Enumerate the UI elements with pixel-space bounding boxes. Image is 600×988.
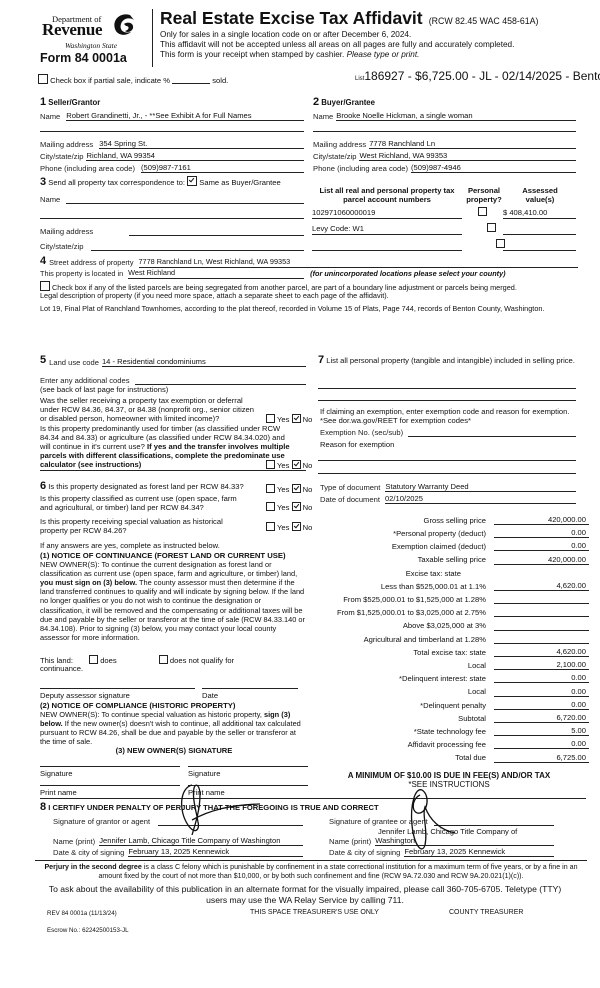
tax-row-label: Local xyxy=(316,661,494,670)
exemption-note: If claiming an exemption, enter exemptio… xyxy=(320,407,570,425)
timber-question-answer: Yes No xyxy=(266,460,312,470)
grantor-date-field[interactable]: February 13, 2025 Kennewick xyxy=(128,847,303,857)
buyer-mailing-row: Mailing address 7778 Ranchland Ln xyxy=(313,138,576,149)
timber-question: Is this property predominantly used for … xyxy=(40,424,290,469)
unincorporated-note: (for unincorporated locations please sel… xyxy=(310,270,505,279)
new-owner-signature-heading: (3) NEW OWNER(S) SIGNATURE xyxy=(40,746,308,755)
tax-row: Exemption claimed (deduct)0.00 xyxy=(316,540,594,551)
legal-description-label: Legal description of property (if you ne… xyxy=(40,292,585,301)
tax-row-label: *Personal property (deduct) xyxy=(316,529,494,538)
tax-row: From $525,000.01 to $1,525,000 at 1.28% xyxy=(316,593,594,604)
seller-phone-field[interactable]: (509)987-7161 xyxy=(141,163,304,173)
notice-of-compliance: (2) NOTICE OF COMPLIANCE (HISTORIC PROPE… xyxy=(40,701,308,746)
owner-print-label-1: Print name xyxy=(40,788,77,797)
exemption-no-field[interactable] xyxy=(408,436,576,437)
personal-property-label: 7 List all personal property (tangible a… xyxy=(318,355,580,366)
correspondence-name-line-2[interactable] xyxy=(40,218,304,219)
personal-property-line-1[interactable] xyxy=(318,388,576,389)
tax-row-label: From $1,525,000.01 to $3,025,000 at 2.75… xyxy=(316,608,494,617)
tax-row-label: Affidavit processing fee xyxy=(316,740,494,749)
forest-land-answer: Yes No xyxy=(266,484,312,494)
tax-row-value[interactable]: 4,620.00 xyxy=(494,581,589,591)
parcel-account-field[interactable]: Levy Code: W1 xyxy=(312,224,462,235)
doc-type-field[interactable]: Statutory Warranty Deed xyxy=(385,482,576,492)
tax-row: Local2,100.00 xyxy=(316,659,594,670)
buyer-heading: 2 Buyer/Grantee xyxy=(313,96,375,109)
tax-row-label: *Delinquent interest: state xyxy=(316,674,494,683)
tax-row-value[interactable]: 5.00 xyxy=(494,726,589,736)
additional-codes-row: Enter any additional codes xyxy=(40,376,306,385)
county-treasurer-label: COUNTY TREASURER xyxy=(449,909,523,917)
partial-sale-label: Check box if partial sale, indicate % xyxy=(50,76,170,85)
tax-row-label: *Delinquent penalty xyxy=(316,701,494,710)
exemption-question: Was the seller receiving a property tax … xyxy=(40,396,255,423)
personal-property-checkbox[interactable] xyxy=(487,223,496,232)
tax-row: *Personal property (deduct)0.00 xyxy=(316,527,594,538)
tax-row: Less than $525,000.01 at 1.1%4,620.00 xyxy=(316,580,594,591)
additional-codes-note: (see back of last page for instructions) xyxy=(40,385,168,394)
tax-row-value[interactable]: 4,620.00 xyxy=(494,647,589,657)
historical-no-checkbox[interactable] xyxy=(292,522,301,531)
buyer-phone-field[interactable]: (509)987-4946 xyxy=(411,163,576,173)
header-note-2: This affidavit will not be accepted unle… xyxy=(160,40,514,50)
seller-mailing-field[interactable]: 354 Spring St. xyxy=(99,139,304,149)
grantee-handwritten-signature xyxy=(400,785,470,860)
tax-row-label: Above $3,025,000 at 3% xyxy=(316,621,494,630)
historical-question: Is this property receiving special valua… xyxy=(40,517,240,535)
header-note-3: This form is your receipt when stamped b… xyxy=(160,50,514,60)
exemption-no-row: Exemption No. (sec/sub) xyxy=(320,427,576,437)
seller-heading: 1 Seller/Grantor xyxy=(40,96,100,109)
correspondence-name-row: Name xyxy=(40,193,304,204)
if-yes-note: If any answers are yes, complete as inst… xyxy=(40,541,220,550)
section-7-divider xyxy=(318,473,576,474)
current-use-answer: Yes No xyxy=(266,502,312,512)
grantor-date-row: Date & city of signing February 13, 2025… xyxy=(53,847,303,857)
correspondence-mailing-field[interactable] xyxy=(129,235,304,236)
form-statute: (RCW 82.45 WAC 458-61A) xyxy=(429,16,539,26)
list-stamp: List186927 - $6,725.00 - JL - 02/14/2025… xyxy=(355,69,600,83)
property-located-row: This property is located in West Richlan… xyxy=(40,269,578,279)
tax-row-value[interactable]: 0.00 xyxy=(494,700,589,710)
perjury-notice: Perjury in the second degree is a class … xyxy=(35,863,587,881)
header-notes: Only for sales in a single location code… xyxy=(160,30,514,60)
tax-row-label: Agricultural and timberland at 1.28% xyxy=(316,635,494,644)
owner-signature-label-2: Signature xyxy=(188,769,221,778)
buyer-name-line-2[interactable] xyxy=(313,131,576,132)
forest-yes-checkbox[interactable] xyxy=(266,484,275,493)
correspondence-mailing-row: Mailing address xyxy=(40,225,304,236)
tax-row-label: Subtotal xyxy=(316,714,494,723)
segregated-checkbox[interactable] xyxy=(40,281,50,291)
owner-signature-line-1[interactable] xyxy=(40,766,180,767)
form-number: Form 84 0001a xyxy=(40,51,127,66)
tax-row-value[interactable] xyxy=(494,621,589,631)
notice-of-continuance: (1) NOTICE OF CONTINUANCE (FOREST LAND O… xyxy=(40,551,305,642)
tax-row: Agricultural and timberland at 1.28% xyxy=(316,633,594,644)
assessed-value-field[interactable]: $ 408,410.00 xyxy=(503,208,576,219)
tax-row: Local0.00 xyxy=(316,686,594,697)
current-use-yes-checkbox[interactable] xyxy=(266,502,275,511)
tax-row-value[interactable]: 420,000.00 xyxy=(494,515,589,525)
partial-sale-suffix: sold. xyxy=(212,76,228,85)
tax-row-label: Gross selling price xyxy=(316,516,494,525)
header-note-1: Only for sales in a single location code… xyxy=(160,30,514,40)
section-8-top-divider xyxy=(40,798,586,799)
correspondence-city-field[interactable] xyxy=(91,250,304,251)
tax-row: Affidavit processing fee0.00 xyxy=(316,738,594,749)
correspondence-city-row: City/state/zip xyxy=(40,240,304,251)
partial-sale-row: Check box if partial sale, indicate % so… xyxy=(38,74,228,85)
timber-no-checkbox[interactable] xyxy=(292,460,301,469)
tax-row-value[interactable]: 0.00 xyxy=(494,739,589,749)
buyer-city-field[interactable]: West Richland, WA 99353 xyxy=(359,151,576,161)
tax-row-value[interactable] xyxy=(494,634,589,644)
tax-row: Total due6,725.00 xyxy=(316,752,594,763)
escrow-number: Escrow No.: 62242500153-JL xyxy=(47,927,129,934)
current-use-question: Is this property classified as current u… xyxy=(40,494,240,512)
partial-sale-percent-field[interactable] xyxy=(172,75,210,84)
exemption-question-answer: Yes No xyxy=(266,414,312,424)
list-stamp-text: 186927 - $6,725.00 - JL - 02/14/2025 - B… xyxy=(364,69,600,83)
revision-label: REV 84 0001a (11/13/24) xyxy=(47,910,117,917)
revenue-text: Revenue xyxy=(42,20,102,40)
tax-row-value[interactable] xyxy=(494,607,589,617)
buyer-mailing-field[interactable]: 7778 Ranchland Ln xyxy=(369,139,576,149)
dor-logo: Department of Revenue Washington State xyxy=(20,10,130,52)
land-use-code-field[interactable]: 14 - Residential condominiums xyxy=(102,357,306,367)
continuance-label: continuance. xyxy=(40,664,83,673)
does-qualify-checkbox[interactable] xyxy=(89,655,98,664)
owner-signature-line-2[interactable] xyxy=(188,766,308,767)
seller-city-row: City/state/zip Richland, WA 99354 xyxy=(40,150,304,161)
parcel-account-field[interactable] xyxy=(312,240,462,251)
owner-print-line-1[interactable] xyxy=(40,785,180,786)
correspondence-name-field[interactable] xyxy=(66,202,304,204)
tax-row-value[interactable]: 6,725.00 xyxy=(494,753,589,763)
current-use-no-checkbox[interactable] xyxy=(292,502,301,511)
tax-row: Gross selling price420,000.00 xyxy=(316,514,594,525)
partial-sale-checkbox[interactable] xyxy=(38,74,48,84)
reason-label: Reason for exemption xyxy=(320,440,394,449)
tax-row: *State technology fee5.00 xyxy=(316,725,594,736)
doc-type-row: Type of document Statutory Warranty Deed xyxy=(320,482,576,492)
form-title: Real Estate Excise Tax Affidavit xyxy=(160,8,423,28)
tax-row-label: Less than $525,000.01 at 1.1% xyxy=(316,582,494,591)
buyer-city-row: City/state/zip West Richland, WA 99353 xyxy=(313,150,576,161)
parcel-col-account-header: List all real and personal property tax … xyxy=(312,186,462,204)
reason-field[interactable] xyxy=(318,460,576,461)
list-prefix: List xyxy=(355,76,364,82)
deputy-signature-label: Deputy assessor signature xyxy=(40,691,130,700)
seller-mailing-row: Mailing address 354 Spring St. xyxy=(40,138,304,149)
tax-row-label: Taxable selling price xyxy=(316,555,494,564)
doc-date-field[interactable]: 02/10/2025 xyxy=(385,494,576,504)
parcel-col-value-header: Assessed value(s) xyxy=(510,186,570,204)
assessed-value-field[interactable] xyxy=(503,240,576,251)
doc-date-row: Date of document 02/10/2025 xyxy=(320,494,576,504)
tax-row-label: Local xyxy=(316,687,494,696)
tax-row: Subtotal6,720.00 xyxy=(316,712,594,723)
correspondence-heading: 3 Send all property tax correspondence t… xyxy=(40,176,281,189)
tax-row-label: From $525,000.01 to $1,525,000 at 1.28% xyxy=(316,595,494,604)
tax-row-value[interactable]: 0.00 xyxy=(494,687,589,697)
tax-row-value[interactable]: 0.00 xyxy=(494,528,589,538)
grantor-handwritten-signature xyxy=(170,780,265,840)
tax-row-value[interactable] xyxy=(494,594,589,604)
historical-answer: Yes No xyxy=(266,522,312,532)
seller-phone-row: Phone (including area code) (509)987-716… xyxy=(40,162,304,173)
alternate-format-notice: To ask about the availability of this pu… xyxy=(45,884,565,906)
tax-row-value[interactable]: 0.00 xyxy=(494,541,589,551)
property-street-field[interactable]: 7778 Ranchland Ln, West Richland, WA 993… xyxy=(139,258,579,268)
seller-city-field[interactable]: Richland, WA 99354 xyxy=(86,151,304,161)
tax-row-label: Total excise tax: state xyxy=(316,648,494,657)
personal-property-checkbox[interactable] xyxy=(478,207,487,216)
land-use-code-row: 5 Land use code 14 - Residential condomi… xyxy=(40,355,306,367)
personal-property-line-2[interactable] xyxy=(318,400,576,401)
tax-row: *Delinquent penalty0.00 xyxy=(316,699,594,710)
buyer-phone-row: Phone (including area code) (509)987-494… xyxy=(313,162,576,173)
header-divider xyxy=(152,9,153,67)
tax-row-label: *State technology fee xyxy=(316,727,494,736)
tax-row: From $1,525,000.01 to $3,025,000 at 2.75… xyxy=(316,606,594,617)
buyer-name-row: Name Brooke Noelle Hickman, a single wom… xyxy=(313,110,576,121)
washington-state-text: Washington State xyxy=(65,41,117,50)
tax-row-value[interactable]: 420,000.00 xyxy=(494,555,589,565)
property-street-row: 4 Street address of property 7778 Ranchl… xyxy=(40,256,578,268)
same-as-buyer-checkbox[interactable] xyxy=(187,176,197,186)
buyer-name-field[interactable]: Brooke Noelle Hickman, a single woman xyxy=(336,111,576,121)
deputy-signature-line[interactable] xyxy=(40,688,195,689)
tax-row-label: Exemption claimed (deduct) xyxy=(316,542,494,551)
deputy-date-line[interactable] xyxy=(202,688,298,689)
tax-row-label: Excise tax: state xyxy=(316,569,469,578)
seller-name-line-2[interactable] xyxy=(40,131,304,132)
exemption-yes-checkbox[interactable] xyxy=(266,414,275,423)
timber-yes-checkbox[interactable] xyxy=(266,460,275,469)
seller-name-field[interactable]: Robert Grandinetti, Jr., - **See Exhibit… xyxy=(66,111,304,121)
tax-row: Taxable selling price420,000.00 xyxy=(316,554,594,565)
assessed-value-field[interactable] xyxy=(503,224,576,235)
does-not-qualify-checkbox[interactable] xyxy=(159,655,168,664)
dor-swirl-icon xyxy=(110,12,138,38)
owner-signature-label-1: Signature xyxy=(40,769,73,778)
forest-no-checkbox[interactable] xyxy=(292,484,301,493)
tax-row-value[interactable]: 2,100.00 xyxy=(494,660,589,670)
tax-row-value[interactable]: 6,720.00 xyxy=(494,713,589,723)
exemption-no-checkbox[interactable] xyxy=(292,414,301,423)
legal-description[interactable]: Lot 19, Final Plat of Ranchland Townhome… xyxy=(40,304,580,314)
tax-row: Above $3,025,000 at 3% xyxy=(316,620,594,631)
form-title-row: Real Estate Excise Tax Affidavit (RCW 82… xyxy=(160,8,538,29)
forest-land-question: 6 Is this property designated as forest … xyxy=(40,480,265,493)
treasurer-use-label: THIS SPACE TREASURER'S USE ONLY xyxy=(250,909,379,917)
tax-row: *Delinquent interest: state0.00 xyxy=(316,672,594,683)
historical-yes-checkbox[interactable] xyxy=(266,522,275,531)
tax-row-value[interactable]: 0.00 xyxy=(494,673,589,683)
footer-divider xyxy=(35,860,587,861)
tax-row-label: Total due xyxy=(316,753,494,762)
parcel-col-personal-header: Personal property? xyxy=(463,186,505,204)
seller-name-row: Name Robert Grandinetti, Jr., - **See Ex… xyxy=(40,110,304,121)
deputy-date-label: Date xyxy=(202,691,218,700)
section-5-divider xyxy=(40,470,306,471)
property-located-field[interactable]: West Richland xyxy=(128,269,304,279)
parcel-account-field[interactable]: 102971060000019 xyxy=(312,208,462,219)
tax-row: Excise tax: state xyxy=(316,567,594,578)
tax-row: Total excise tax: state4,620.00 xyxy=(316,646,594,657)
